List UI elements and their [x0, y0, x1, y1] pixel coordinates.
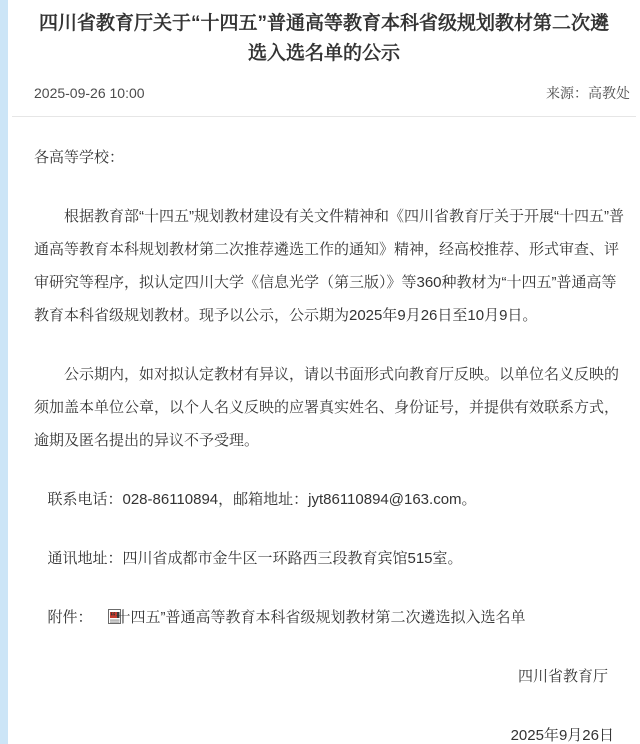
signature-date: 2025年9月26日 — [34, 719, 624, 744]
document-body: 各高等学校： 根据教育部“十四五”规划教材建设有关文件精神和《四川省教育厅关于开… — [8, 117, 640, 744]
agency-signature: 四川省教育厅 — [34, 660, 624, 693]
contact-phone-line: 联系电话：028-86110894，邮箱地址：jyt86110894@163.c… — [34, 483, 624, 516]
announcement-document: 四川省教育厅关于“十四五”普通高等教育本科省级规划教材第二次遴选入选名单的公示 … — [8, 0, 640, 744]
page-title: 四川省教育厅关于“十四五”普通高等教育本科省级规划教材第二次遴选入选名单的公示 — [30, 9, 618, 69]
meta-row: 2025-09-26 10:00 来源：高教处 — [8, 83, 640, 103]
title-block: 四川省教育厅关于“十四五”普通高等教育本科省级规划教材第二次遴选入选名单的公示 — [8, 0, 640, 69]
doc-file-icon — [95, 603, 108, 618]
page-background: 四川省教育厅关于“十四五”普通高等教育本科省级规划教材第二次遴选入选名单的公示 … — [0, 0, 640, 744]
salutation: 各高等学校： — [34, 141, 624, 174]
source-label: 来源：高教处 — [546, 83, 630, 103]
attachment-line: 附件： “十四五”普通高等教育本科省级规划教材第二次遴选拟入选名单 — [34, 601, 624, 634]
attachment-link[interactable]: “十四五”普通高等教育本科省级规划教材第二次遴选拟入选名单 — [111, 609, 526, 626]
contact-address-line: 通讯地址：四川省成都市金牛区一环路西三段教育宾馆515室。 — [34, 542, 624, 575]
attachment-label: 附件： — [48, 609, 93, 626]
paragraph-objection: 公示期内，如对拟认定教材有异议，请以书面形式向教育厅反映。以单位名义反映的须加盖… — [34, 358, 624, 457]
paragraph-basis: 根据教育部“十四五”规划教材建设有关文件精神和《四川省教育厅关于开展“十四五”普… — [34, 200, 624, 332]
publish-datetime: 2025-09-26 10:00 — [34, 83, 145, 103]
